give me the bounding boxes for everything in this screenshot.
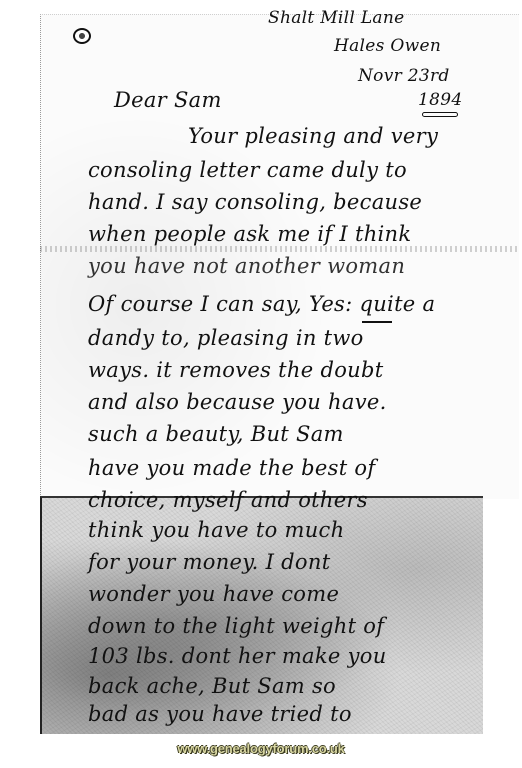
letter-line: wonder you have come	[88, 582, 339, 606]
address-line-2: Hales Owen	[334, 36, 441, 56]
letter-line: Of course I can say, Yes: quite a	[88, 292, 435, 316]
letter-line: think you have to much	[88, 518, 344, 542]
letter-line: when people ask me if I think	[88, 222, 411, 246]
letter-line: ways. it removes the doubt	[88, 358, 383, 382]
punch-hole-icon	[73, 28, 91, 44]
letter-line: such a beauty, But Sam	[88, 422, 344, 446]
letter-line: consoling letter came duly to	[88, 158, 407, 182]
watermark-url: www.genealogyforum.co.uk	[0, 741, 522, 756]
letter-line: 103 lbs. dont her make you	[88, 644, 387, 668]
letter-line: down to the light weight of	[88, 614, 384, 638]
yes-underline	[362, 321, 392, 323]
address-line-1: Shalt Mill Lane	[268, 8, 404, 28]
letter-line: Your pleasing and very	[188, 124, 438, 148]
letter-line: bad as you have tried to	[88, 702, 352, 726]
letter-scan: Shalt Mill Lane Hales Owen Novr 23rd 189…	[0, 0, 522, 768]
salutation: Dear Sam	[114, 88, 222, 112]
date-underline	[422, 112, 458, 117]
paper-fold-crease	[40, 246, 518, 252]
letter-line: and also because you have.	[88, 390, 387, 414]
letter-line: back ache, But Sam so	[88, 674, 336, 698]
letter-line: you have not another woman	[88, 254, 405, 278]
letter-date: Novr 23rd	[358, 66, 450, 86]
letter-line: for your money. I dont	[88, 550, 330, 574]
letter-line: have you made the best of	[88, 456, 375, 480]
letter-year: 1894	[418, 90, 462, 110]
letter-line: hand. I say consoling, because	[88, 190, 422, 214]
letter-line: dandy to, pleasing in two	[88, 326, 364, 350]
letter-line: choice, myself and others	[88, 488, 368, 512]
